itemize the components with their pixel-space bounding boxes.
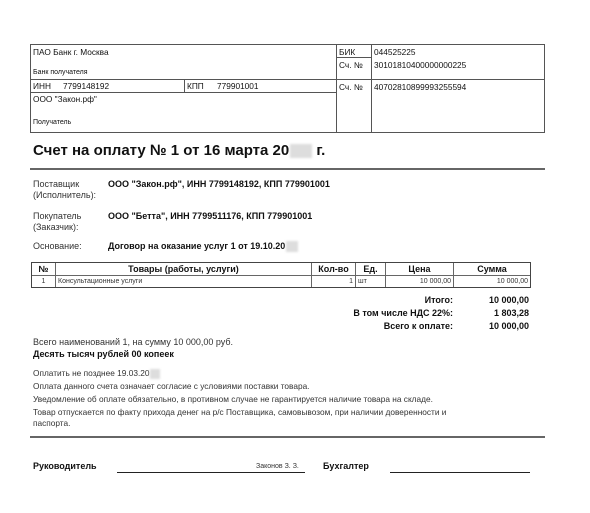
- row-price: 10 000,00: [386, 276, 451, 287]
- divider: [371, 45, 372, 132]
- invoice-title-suffix: г.: [316, 142, 325, 159]
- col-header-num: №: [32, 263, 55, 275]
- head-signature-name: Законов З. З.: [256, 463, 299, 470]
- invoice-title: Счет на оплату № 1 от 16 марта 20 г.: [33, 142, 325, 159]
- bank-name: ПАО Банк г. Москва: [33, 47, 109, 57]
- inn-value: 7799148192: [63, 81, 109, 91]
- divider: [336, 45, 337, 132]
- col-header-sum: Сумма: [454, 263, 530, 275]
- redacted-year: [286, 241, 298, 252]
- divider: [31, 79, 544, 80]
- pay-by-text: Оплатить не позднее 19.03.20: [33, 368, 149, 378]
- basis-text: Договор на оказание услуг 1 от 19.10.20: [108, 241, 285, 251]
- kpp-value: 779901001: [217, 81, 259, 91]
- note-line: Оплата данного счета означает согласие с…: [33, 381, 310, 391]
- note-line: Товар отпускается по факту прихода денег…: [33, 407, 446, 417]
- summary-words: Десять тысяч рублей 00 копеек: [33, 349, 174, 359]
- basis-value: Договор на оказание услуг 1 от 19.10.20: [108, 241, 298, 252]
- row-qty: 1: [312, 276, 353, 287]
- vat-value: 1 803,28: [494, 308, 529, 318]
- buyer-value: ООО "Бетта", ИНН 7799511176, КПП 7799010…: [108, 211, 312, 221]
- head-signature-label: Руководитель: [33, 461, 97, 471]
- row-num: 1: [32, 276, 55, 287]
- redacted-year: [290, 144, 312, 158]
- vat-label: В том числе НДС 22%:: [353, 308, 453, 318]
- buyer-label: Покупатель: [33, 211, 81, 221]
- title-divider: [30, 168, 545, 170]
- note-line: паспорта.: [33, 418, 70, 428]
- col-header-qty: Кол-во: [312, 263, 355, 275]
- buyer-label-sub: (Заказчик):: [33, 222, 78, 232]
- col-header-unit: Ед.: [356, 263, 385, 275]
- col-header-price: Цена: [386, 263, 453, 275]
- col-header-goods: Товары (работы, услуги): [56, 263, 311, 275]
- notes-divider: [30, 436, 545, 438]
- bik-label: БИК: [339, 47, 355, 57]
- row-sum: 10 000,00: [454, 276, 528, 287]
- corr-account-value: 30101810400000000225: [374, 60, 466, 70]
- due-label: Всего к оплате:: [384, 321, 453, 331]
- bank-label: Банк получателя: [33, 69, 88, 76]
- divider: [184, 80, 185, 92]
- head-signature-line: [117, 472, 305, 473]
- bik-value: 044525225: [374, 47, 416, 57]
- summary-count: Всего наименований 1, на сумму 10 000,00…: [33, 337, 233, 347]
- recipient-name: ООО "Закон.рф": [33, 94, 97, 104]
- invoice-title-text: Счет на оплату № 1 от 16 марта 20: [33, 142, 289, 159]
- divider: [31, 92, 336, 93]
- basis-label: Основание:: [33, 241, 82, 251]
- goods-table: № Товары (работы, услуги) Кол-во Ед. Цен…: [31, 262, 531, 288]
- corr-account-label: Сч. №: [339, 60, 363, 70]
- redacted-year: [150, 369, 160, 379]
- due-value: 10 000,00: [489, 321, 529, 331]
- account-value: 40702810899993255594: [374, 82, 466, 92]
- kpp-label: КПП: [187, 81, 204, 91]
- accountant-signature-line: [390, 472, 530, 473]
- bank-details-table: ПАО Банк г. Москва Банк получателя ИНН 7…: [30, 44, 545, 133]
- inn-label: ИНН: [33, 81, 51, 91]
- accountant-signature-label: Бухгалтер: [323, 461, 369, 471]
- total-value: 10 000,00: [489, 295, 529, 305]
- row-name: Консультационные услуги: [58, 276, 142, 287]
- total-label: Итого:: [425, 295, 453, 305]
- divider: [336, 57, 371, 58]
- account-label: Сч. №: [339, 82, 363, 92]
- note-line: Уведомление об оплате обязательно, в про…: [33, 394, 433, 404]
- row-unit: шт: [358, 276, 367, 287]
- recipient-label: Получатель: [33, 119, 71, 126]
- supplier-label: Поставщик: [33, 179, 79, 189]
- pay-by-note: Оплатить не позднее 19.03.20: [33, 368, 160, 379]
- supplier-label-sub: (Исполнитель):: [33, 190, 96, 200]
- supplier-value: ООО "Закон.рф", ИНН 7799148192, КПП 7799…: [108, 179, 330, 189]
